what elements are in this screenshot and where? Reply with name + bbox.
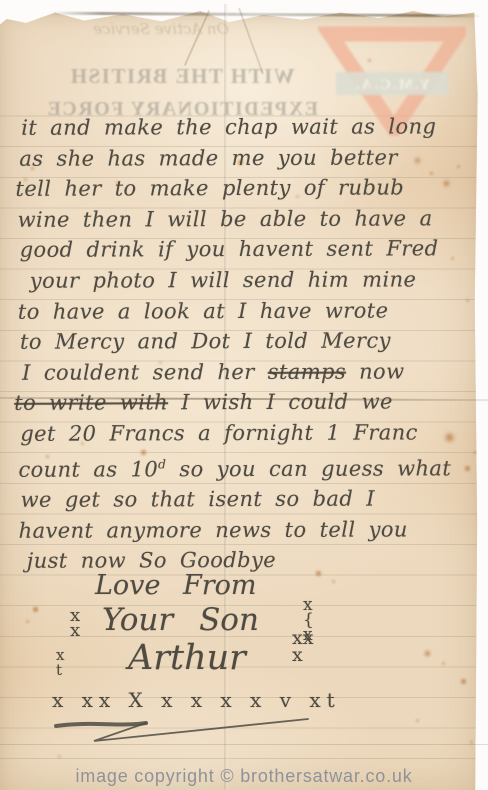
kiss-marks-left-of-name: x t xyxy=(56,648,64,678)
copyright-watermark: image copyright © brothersatwar.co.uk xyxy=(0,766,488,787)
letter-text: now xyxy=(346,359,405,383)
letter-text: get 20 Francs a fornight 1 Franc xyxy=(20,420,418,445)
letterhead-line-1-showthrough: WITH THE BRITISH xyxy=(44,64,320,89)
letter-text: tell her to make plenty of rubub xyxy=(15,176,404,201)
closing-your-son: Your Son xyxy=(102,602,259,638)
letter-line: havent anymore news to tell you xyxy=(15,514,485,546)
letter-line: as she has made me you better xyxy=(13,142,483,174)
kiss-marks-right-of-name: xx x xyxy=(292,630,313,664)
letter-line: count as 10d so you can guess what xyxy=(14,448,484,485)
kiss-marks-left-of-son: x x xyxy=(70,608,80,638)
letter-line: to Mercy and Dot I told Mercy xyxy=(14,325,484,357)
letter-text: count as 10 xyxy=(18,457,158,481)
letter-line: tell her to make plenty of rubub xyxy=(13,172,483,204)
letter-line: we get so that isent so bad I xyxy=(14,483,484,515)
letter-text: to Mercy and Dot I told Mercy xyxy=(20,329,391,354)
letter-line: it and make the chap wait as long xyxy=(13,111,483,143)
letter-text: your photo I will send him mine xyxy=(30,267,417,292)
kisses-row: x xx X x x x x v xt xyxy=(52,688,341,712)
letter-text: wine then I will be able to have a xyxy=(18,206,433,231)
letter-text: so you can guess what xyxy=(166,456,451,481)
letter-text: I wish I could we xyxy=(168,390,393,415)
letter-line: good drink if you havent sent Fred xyxy=(14,234,484,266)
letter-text: havent anymore news to tell you xyxy=(19,517,408,542)
letter-text: good drink if you havent sent Fred xyxy=(20,237,439,262)
letter-line: wine then I will be able to have a xyxy=(14,203,484,235)
letter-line: to have a look at I have wrote xyxy=(14,295,484,327)
letter-body: it and make the chap wait as longas she … xyxy=(13,111,485,577)
letter-text: I couldent send her xyxy=(22,360,268,385)
flourish-scribble xyxy=(46,710,326,756)
svg-text:Y.M.C.A.: Y.M.C.A. xyxy=(354,77,430,93)
letter-text: to have a look at I have wrote xyxy=(18,298,389,323)
on-active-service-showthrough: On Active Service xyxy=(66,20,256,38)
letter-line: your photo I will send him mine xyxy=(14,264,484,296)
signature-name: Arthur xyxy=(128,638,246,678)
letter-line: I couldent send her stamps now xyxy=(14,356,484,388)
strikethrough-text: to write with xyxy=(14,391,168,416)
letter-text: it and make the chap wait as long xyxy=(21,114,436,139)
strikethrough-text: stamps xyxy=(268,359,346,383)
letter-line: to write with I wish I could we xyxy=(14,387,484,419)
closing-love-from: Love From xyxy=(95,570,257,601)
letter-text: we get so that isent so bad I xyxy=(21,487,375,512)
letter-text: as she has made me you better xyxy=(19,145,397,170)
letter-line: get 20 Francs a fornight 1 Franc xyxy=(14,417,484,449)
letter-text: d xyxy=(158,457,166,471)
